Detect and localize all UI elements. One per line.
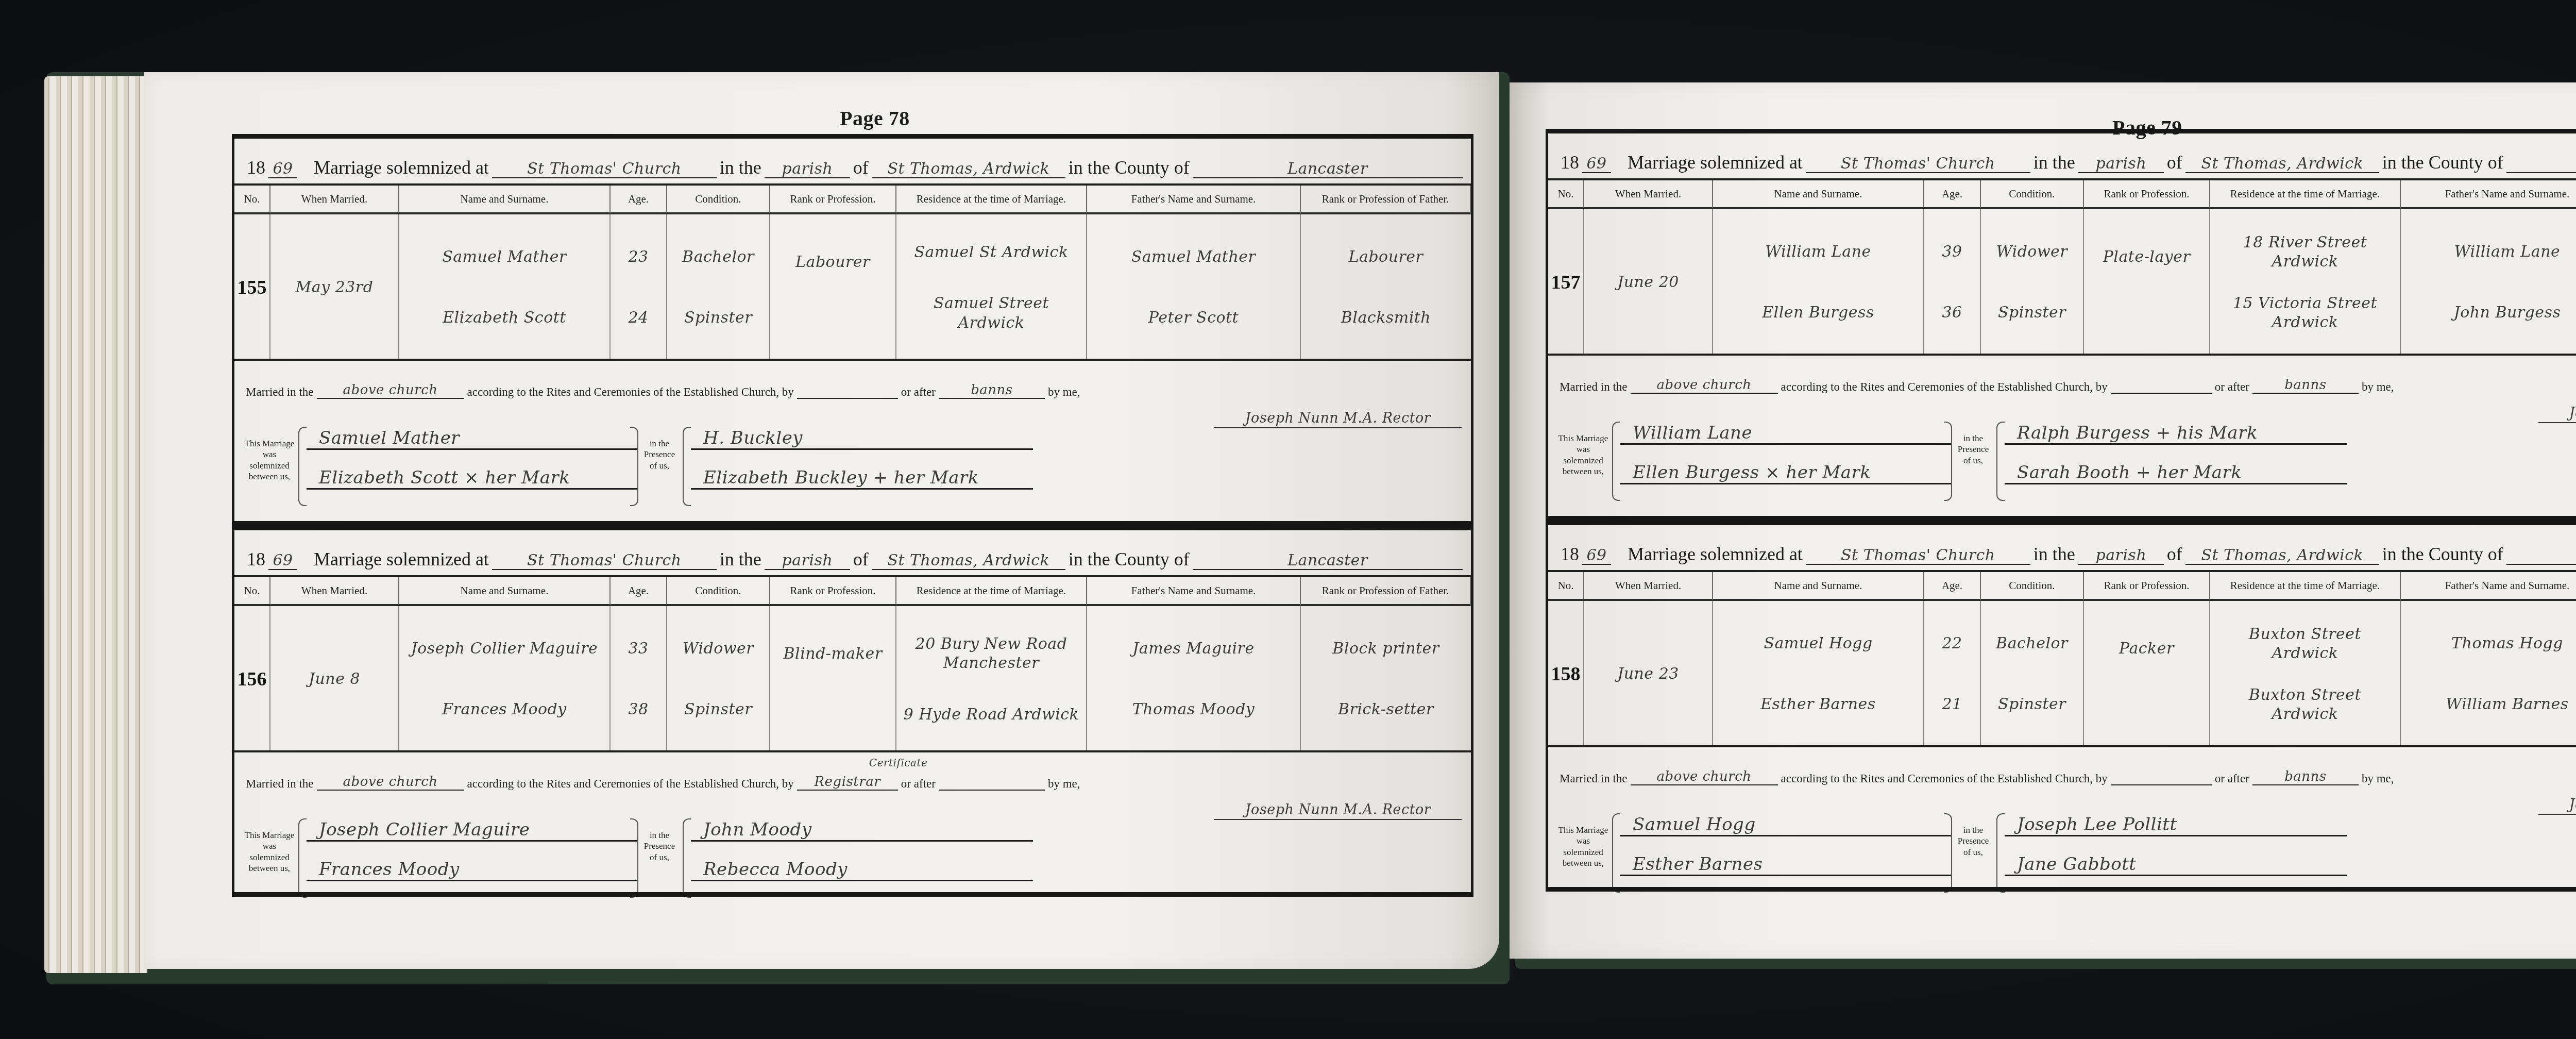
groom-age: 33 (628, 639, 648, 659)
married-in-field: above church (317, 775, 464, 791)
label-married-in: Married in the (1560, 772, 1628, 785)
bride-signature: Elizabeth Scott × her Mark (307, 460, 638, 490)
column-header: When Married. (270, 577, 399, 606)
column-header: Rank or Profession. (2084, 180, 2210, 209)
married-in-field: above church (317, 383, 464, 399)
ages-cell: 2324 (611, 214, 667, 361)
by-value: Registrar (815, 774, 881, 790)
witness-signatures: Joseph Lee Pollitt Jane Gabbott (2005, 807, 2347, 876)
label-by-me: by me, (1048, 777, 1080, 791)
witness-signature: Rebecca Moody (691, 852, 1033, 881)
column-header: Residence at the time of Marriage. (896, 186, 1087, 214)
county-field: Lancaster (2506, 155, 2576, 173)
column-header: Age. (1924, 180, 1981, 209)
bride-residence: 15 Victoria Street Ardwick (2213, 294, 2397, 332)
witness-signatures: Ralph Burgess + his Mark Sarah Booth + h… (2005, 415, 2347, 484)
condition-cell: WidowerSpinster (1981, 209, 2084, 356)
county-field: Lancaster (1193, 552, 1463, 570)
brace (1612, 422, 1620, 501)
column-header: Name and Surname. (1713, 180, 1924, 209)
county-field: Lancaster (1193, 160, 1463, 178)
bride-condition: Spinster (684, 700, 752, 719)
entry-number: 158 (1548, 601, 1584, 747)
bride-father-profession: Brick-setter (1338, 700, 1434, 719)
label-by-me: by me, (2362, 380, 2394, 394)
profession-cell: Labourer (770, 214, 896, 361)
officiant-signature: Joseph Nunn M.A. Rector (2538, 405, 2576, 423)
parish-field: St Thomas, Ardwick (872, 160, 1065, 178)
by-field (2111, 784, 2212, 785)
year-suffix: 69 (1582, 547, 1611, 565)
groom-age: 23 (628, 247, 648, 267)
brace (683, 427, 691, 506)
when-married-cell: June 23 (1584, 601, 1713, 747)
groom-name: Joseph Collier Maguire (411, 639, 598, 659)
father-name-cell: Samuel MatherPeter Scott (1087, 214, 1301, 361)
solemnization-section: Married in the above church according to… (1548, 354, 2576, 521)
residence-cell: 18 River Street Ardwick15 Victoria Stree… (2210, 209, 2401, 356)
party-signatures: Samuel Hogg Esther Barnes (1620, 807, 1952, 876)
bride-father: John Burgess (2454, 303, 2561, 323)
column-header: Residence at the time of Marriage. (2210, 180, 2401, 209)
column-header: Name and Surname. (399, 186, 611, 214)
label-in-the: in the (2033, 543, 2075, 565)
column-header: Age. (611, 577, 667, 606)
groom-condition: Bachelor (1996, 634, 2068, 653)
label-in-presence: in the Presence of us, (1955, 825, 1991, 858)
church-field: St Thomas' Church (1806, 155, 2030, 173)
column-header: No. (1548, 180, 1584, 209)
groom-condition: Widower (1996, 242, 2067, 262)
bride-father: Thomas Moody (1132, 700, 1255, 719)
year-suffix: 69 (268, 552, 297, 570)
brace (1996, 422, 2005, 501)
married-in-line: Married in the above church according to… (246, 767, 1464, 791)
groom-father-profession: Labourer (1349, 247, 1423, 267)
column-header: Age. (1924, 572, 1981, 601)
brace (1944, 422, 1952, 501)
residence-cell: Buxton Street ArdwickBuxton Street Ardwi… (2210, 601, 2401, 747)
bride-name: Frances Moody (442, 700, 566, 719)
label-married-in: Married in the (246, 777, 314, 791)
witness-signature: John Moody (691, 812, 1033, 842)
label-in-presence: in the Presence of us, (641, 830, 677, 863)
church-field: St Thomas' Church (492, 552, 717, 570)
year-suffix: 69 (1582, 155, 1611, 173)
label-between-us: This Marriage was solemnized between us, (244, 438, 295, 482)
witness-signature: H. Buckley (691, 421, 1033, 450)
groom-age: 22 (1942, 634, 1962, 653)
married-in-field: above church (1631, 378, 1778, 394)
entry-table: No. When Married. Name and Surname. Age.… (1548, 570, 2576, 747)
entry-table: No. When Married. Name and Surname. Age.… (1548, 178, 2576, 356)
bride-signature: Frances Moody (307, 852, 638, 881)
bride-name: Esther Barnes (1760, 695, 1876, 714)
when-married: June 23 (1617, 664, 1679, 684)
solemnization-section: Married in the above church according to… (234, 750, 1471, 897)
witness-signature: Joseph Lee Pollitt (2005, 807, 2347, 836)
solemnization-section: Married in the above church according to… (1548, 745, 2576, 892)
brace (683, 818, 691, 898)
officiant-signature: Joseph Nunn M.A. Rector (2538, 797, 2576, 815)
column-header: Condition. (667, 577, 770, 606)
brace (630, 818, 638, 898)
bride-condition: Spinster (684, 308, 752, 328)
when-married: June 8 (309, 669, 360, 689)
officiant-signature: Joseph Nunn M.A. Rector (1214, 802, 1462, 820)
witness-signature: Sarah Booth + her Mark (2005, 455, 2347, 484)
column-header: Rank or Profession of Father. (1301, 577, 1471, 606)
column-header: Rank or Profession of Father. (1301, 186, 1471, 214)
column-header: When Married. (1584, 572, 1713, 601)
groom-profession: Labourer (795, 253, 870, 272)
year-prefix: 18 (247, 157, 265, 178)
label-of: of (853, 157, 869, 178)
bride-residence: Buxton Street Ardwick (2213, 685, 2397, 724)
column-header: No. (234, 186, 270, 214)
profession-cell: Plate-layer (2084, 209, 2210, 356)
label-in-the: in the (2033, 152, 2075, 173)
parish-type-field: parish (765, 160, 850, 178)
names-cell: Samuel HoggEsther Barnes (1713, 601, 1924, 747)
ages-cell: 3936 (1924, 209, 1981, 356)
county-field: Lancaster (2506, 547, 2576, 565)
bride-father: William Barnes (2446, 695, 2568, 714)
label-solemnized: Marriage solemnized at (1628, 152, 1803, 173)
by-field: RegistrarCertificate (797, 775, 898, 791)
entry-title-line: 1869 Marriage solemnized at St Thomas' C… (247, 147, 1466, 178)
groom-residence: 18 River Street Ardwick (2213, 233, 2397, 272)
column-header: Father's Name and Surname. (2401, 572, 2576, 601)
witness-signatures: John Moody Rebecca Moody (691, 812, 1033, 881)
groom-condition: Bachelor (682, 247, 754, 267)
when-married-cell: June 20 (1584, 209, 1713, 356)
father-name-cell: William LaneJohn Burgess (2401, 209, 2576, 356)
marriage-entry: 1869 Marriage solemnized at St Thomas' C… (1546, 129, 2576, 521)
bride-age: 21 (1942, 695, 1962, 714)
bride-signature: Esther Barnes (1620, 847, 1952, 876)
brace (298, 818, 307, 898)
party-signatures: Samuel Mather Elizabeth Scott × her Mark (307, 421, 638, 490)
or-after-field: banns (2252, 769, 2359, 785)
groom-residence: Buxton Street Ardwick (2213, 625, 2397, 663)
married-in-field: above church (1631, 769, 1778, 785)
label-county: in the County of (1069, 157, 1190, 178)
bride-age: 36 (1942, 303, 1962, 323)
groom-father: William Lane (2454, 242, 2560, 262)
church-field: St Thomas' Church (492, 160, 717, 178)
label-county: in the County of (2382, 152, 2503, 173)
groom-name: Samuel Mather (442, 247, 567, 267)
label-married-in: Married in the (1560, 380, 1628, 394)
by-field (797, 398, 898, 399)
condition-cell: WidowerSpinster (667, 606, 770, 752)
entry-table: No. When Married. Name and Surname. Age.… (234, 183, 1471, 361)
heavy-rule (232, 526, 1473, 530)
parish-field: St Thomas, Ardwick (2185, 547, 2379, 565)
groom-father: Thomas Hogg (2451, 634, 2563, 653)
label-according: according to the Rites and Ceremonies of… (467, 386, 794, 399)
witness-signature: Jane Gabbott (2005, 847, 2347, 876)
heavy-rule (232, 521, 1473, 526)
brace (1996, 813, 2005, 893)
names-cell: Joseph Collier MaguireFrances Moody (399, 606, 611, 752)
profession-cell: Blind-maker (770, 606, 896, 752)
officiant-signature: Joseph Nunn M.A. Rector (1214, 410, 1462, 428)
entry-title-line: 1869 Marriage solemnized at St Thomas' C… (1561, 534, 2576, 565)
or-after-field: banns (2252, 378, 2359, 394)
label-or-after: or after (901, 386, 936, 399)
label-in-presence: in the Presence of us, (1955, 433, 1991, 466)
register-page-left: Page 78 1869 Marriage solemnized at St T… (144, 72, 1499, 969)
ages-cell: 3338 (611, 606, 667, 752)
groom-father: James Maguire (1132, 639, 1254, 659)
label-between-us: This Marriage was solemnized between us, (1557, 825, 1609, 868)
marriage-entry: 1869 Marriage solemnized at St Thomas' C… (232, 134, 1473, 526)
heavy-rule (1546, 887, 2576, 892)
father-profession-cell: LabourerBlacksmith (1301, 214, 1471, 361)
groom-signature: Joseph Collier Maguire (307, 812, 638, 842)
bride-condition: Spinster (1998, 695, 2066, 714)
bride-father-profession: Blacksmith (1341, 308, 1431, 328)
page-number: Page 78 (840, 106, 910, 130)
church-field: St Thomas' Church (1806, 547, 2030, 565)
groom-father-profession: Block printer (1332, 639, 1439, 659)
label-of: of (2167, 543, 2182, 565)
groom-father: Samuel Mather (1131, 247, 1256, 267)
heavy-rule (232, 134, 1473, 139)
groom-residence: 20 Bury New Road Manchester (900, 634, 1083, 673)
label-in-the: in the (720, 548, 761, 570)
column-header: Father's Name and Surname. (1087, 186, 1301, 214)
label-county: in the County of (2382, 543, 2503, 565)
witness-signature: Ralph Burgess + his Mark (2005, 415, 2347, 445)
witness-signatures: H. Buckley Elizabeth Buckley + her Mark (691, 421, 1033, 490)
married-in-line: Married in the above church according to… (1560, 370, 2576, 394)
bride-signature: Ellen Burgess × her Mark (1620, 455, 1952, 484)
heavy-rule (1546, 516, 2576, 521)
bride-residence: Samuel Street Ardwick (900, 294, 1083, 332)
entry-number: 155 (234, 214, 270, 361)
heavy-rule (232, 892, 1473, 897)
father-name-cell: Thomas HoggWilliam Barnes (2401, 601, 2576, 747)
label-by-me: by me, (1048, 386, 1080, 399)
married-in-line: Married in the above church according to… (1560, 762, 2576, 785)
column-header: No. (1548, 572, 1584, 601)
year-prefix: 18 (1561, 152, 1579, 173)
column-header: Name and Surname. (1713, 572, 1924, 601)
label-according: according to the Rites and Ceremonies of… (1781, 380, 2108, 394)
label-solemnized: Marriage solemnized at (314, 548, 489, 570)
heavy-rule (1546, 129, 2576, 133)
label-in-the: in the (720, 157, 761, 178)
entry-title-line: 1869 Marriage solemnized at St Thomas' C… (247, 539, 1466, 570)
when-married-cell: May 23rd (270, 214, 399, 361)
label-solemnized: Marriage solemnized at (1628, 543, 1803, 565)
profession-cell: Packer (2084, 601, 2210, 747)
father-profession-cell: Block printerBrick-setter (1301, 606, 1471, 752)
groom-profession: Packer (2119, 639, 2174, 659)
entry-number: 156 (234, 606, 270, 752)
groom-name: William Lane (1765, 242, 1871, 262)
parish-field: St Thomas, Ardwick (872, 552, 1065, 570)
column-header: Rank or Profession. (2084, 572, 2210, 601)
or-after-field (939, 790, 1045, 791)
or-after-field: banns (939, 383, 1045, 399)
when-married-cell: June 8 (270, 606, 399, 752)
label-county: in the County of (1069, 548, 1190, 570)
page-edges (44, 76, 147, 973)
ages-cell: 2221 (1924, 601, 1981, 747)
column-header: Condition. (1981, 180, 2084, 209)
parish-type-field: parish (2078, 155, 2164, 173)
column-header: Condition. (667, 186, 770, 214)
label-according: according to the Rites and Ceremonies of… (467, 777, 794, 791)
names-cell: Samuel MatherElizabeth Scott (399, 214, 611, 361)
label-in-presence: in the Presence of us, (641, 438, 677, 471)
groom-age: 39 (1942, 242, 1962, 262)
label-of: of (853, 548, 869, 570)
bride-name: Ellen Burgess (1762, 303, 1874, 323)
residence-cell: Samuel St ArdwickSamuel Street Ardwick (896, 214, 1087, 361)
entry-table: No. When Married. Name and Surname. Age.… (234, 575, 1471, 752)
brace (298, 427, 307, 506)
column-header: When Married. (270, 186, 399, 214)
column-header: No. (234, 577, 270, 606)
column-header: Rank or Profession. (770, 186, 896, 214)
condition-cell: BachelorSpinster (1981, 601, 2084, 747)
bride-name: Elizabeth Scott (443, 308, 566, 328)
party-signatures: William Lane Ellen Burgess × her Mark (1620, 415, 1952, 484)
groom-signature: William Lane (1620, 415, 1952, 445)
brace (1612, 813, 1620, 893)
column-header: Condition. (1981, 572, 2084, 601)
groom-signature: Samuel Hogg (1620, 807, 1952, 836)
solemnization-section: Married in the above church according to… (234, 359, 1471, 526)
entry-number: 157 (1548, 209, 1584, 356)
label-of: of (2167, 152, 2182, 173)
column-header: Father's Name and Surname. (2401, 180, 2576, 209)
column-header: Residence at the time of Marriage. (2210, 572, 2401, 601)
groom-profession: Plate-layer (2103, 247, 2191, 267)
label-between-us: This Marriage was solemnized between us, (244, 830, 295, 874)
column-header: Residence at the time of Marriage. (896, 577, 1087, 606)
brace (630, 427, 638, 506)
label-or-after: or after (901, 777, 936, 791)
label-or-after: or after (2215, 772, 2249, 785)
groom-profession: Blind-maker (783, 644, 882, 664)
marriage-entry: 1869 Marriage solemnized at St Thomas' C… (232, 526, 1473, 897)
by-field (2111, 393, 2212, 394)
groom-signature: Samuel Mather (307, 421, 638, 450)
column-header: When Married. (1584, 180, 1713, 209)
father-name-cell: James MaguireThomas Moody (1087, 606, 1301, 752)
register-page-right: Page 79 1869 Marriage solemnized at St T… (1510, 82, 2576, 959)
column-header: Father's Name and Surname. (1087, 577, 1301, 606)
year-prefix: 18 (247, 549, 265, 569)
when-married: June 20 (1617, 273, 1679, 292)
names-cell: William LaneEllen Burgess (1713, 209, 1924, 356)
parish-type-field: parish (765, 552, 850, 570)
parish-type-field: parish (2078, 547, 2164, 565)
brace (1944, 813, 1952, 893)
when-married: May 23rd (296, 278, 374, 297)
bride-age: 24 (628, 308, 648, 328)
groom-condition: Widower (683, 639, 754, 659)
marriage-entry: 1869 Marriage solemnized at St Thomas' C… (1546, 521, 2576, 892)
column-header: Age. (611, 186, 667, 214)
condition-cell: BachelorSpinster (667, 214, 770, 361)
label-between-us: This Marriage was solemnized between us, (1557, 433, 1609, 477)
year-prefix: 18 (1561, 544, 1579, 564)
married-in-line: Married in the above church according to… (246, 375, 1464, 399)
heavy-rule (1546, 521, 2576, 525)
column-header: Name and Surname. (399, 577, 611, 606)
label-or-after: or after (2215, 380, 2249, 394)
by-note: Certificate (869, 757, 927, 768)
groom-name: Samuel Hogg (1764, 634, 1872, 653)
residence-cell: 20 Bury New Road Manchester9 Hyde Road A… (896, 606, 1087, 752)
bride-age: 38 (628, 700, 648, 719)
groom-residence: Samuel St Ardwick (914, 243, 1068, 262)
bride-residence: 9 Hyde Road Ardwick (904, 705, 1079, 725)
bride-father: Peter Scott (1148, 308, 1239, 328)
witness-signature: Elizabeth Buckley + her Mark (691, 460, 1033, 490)
label-solemnized: Marriage solemnized at (314, 157, 489, 178)
entry-title-line: 1869 Marriage solemnized at St Thomas' C… (1561, 142, 2576, 173)
label-married-in: Married in the (246, 386, 314, 399)
label-according: according to the Rites and Ceremonies of… (1781, 772, 2108, 785)
parish-field: St Thomas, Ardwick (2185, 155, 2379, 173)
party-signatures: Joseph Collier Maguire Frances Moody (307, 812, 638, 881)
column-header: Rank or Profession. (770, 577, 896, 606)
label-by-me: by me, (2362, 772, 2394, 785)
year-suffix: 69 (268, 160, 297, 178)
bride-condition: Spinster (1998, 303, 2066, 323)
